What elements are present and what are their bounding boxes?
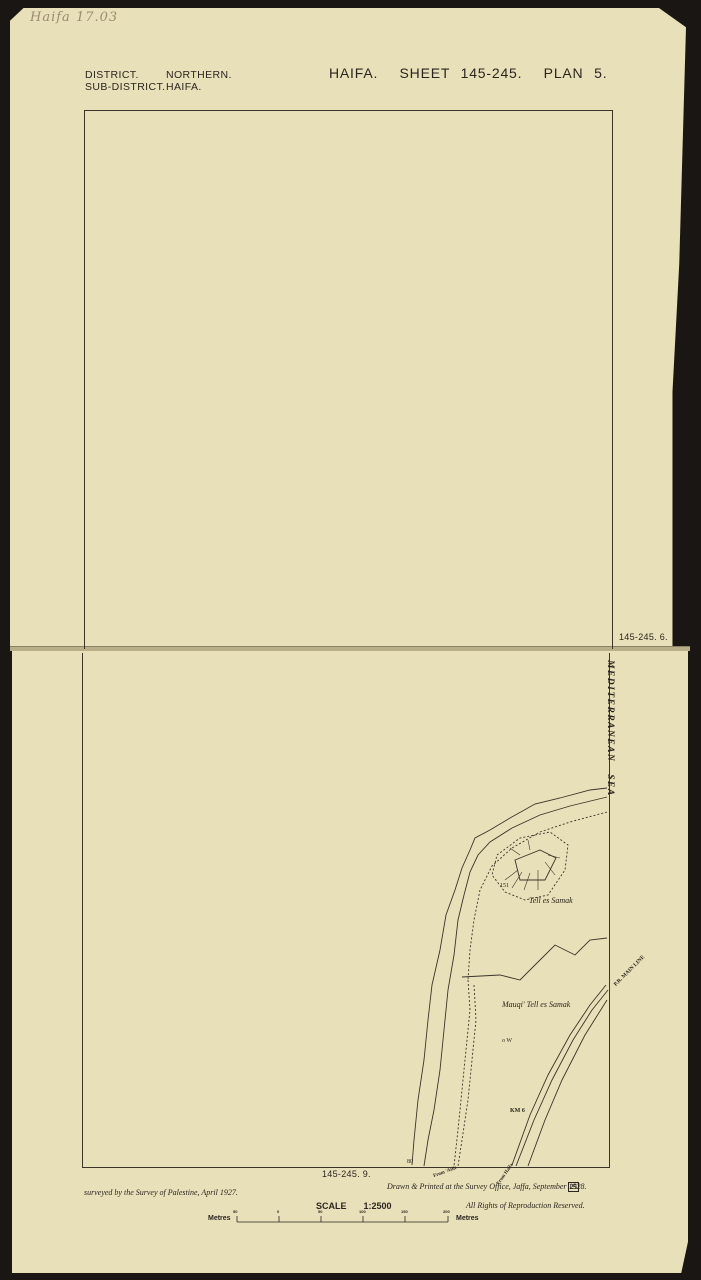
edition-box: 25 — [568, 1182, 579, 1192]
label-spot-height-80: 80 — [407, 1159, 413, 1165]
scale-title: SCALE 1:2500 — [316, 1201, 392, 1211]
scale-tick: 200 — [443, 1209, 450, 1214]
scale-tick: 150 — [401, 1209, 408, 1214]
surveyed-credit: surveyed by the Survey of Palestine, Apr… — [84, 1188, 238, 1197]
drawn-printed-credit: Drawn & Printed at the Survey Office, Ja… — [387, 1182, 587, 1191]
scale-tick: 50 — [233, 1209, 237, 1214]
scale-tick: 100 — [359, 1209, 366, 1214]
scale-unit-left: Metres — [208, 1215, 231, 1222]
label-mauqi-tell-es-samak: Mauqi' Tell es Samak — [502, 1000, 570, 1009]
scale-tick: 0 — [277, 1209, 279, 1214]
label-km-6: KM 6 — [510, 1108, 525, 1114]
label-spot-height-151: 151 — [500, 883, 509, 889]
scale-unit-right: Metres — [456, 1215, 479, 1222]
label-well: o W — [502, 1038, 512, 1044]
scale-tick: 50 — [318, 1209, 322, 1214]
label-tell-es-samak: Tell es Samak — [529, 896, 573, 905]
coastline-drawing — [0, 0, 701, 1280]
rights-reserved: All Rights of Reproduction Reserved. — [466, 1201, 585, 1210]
